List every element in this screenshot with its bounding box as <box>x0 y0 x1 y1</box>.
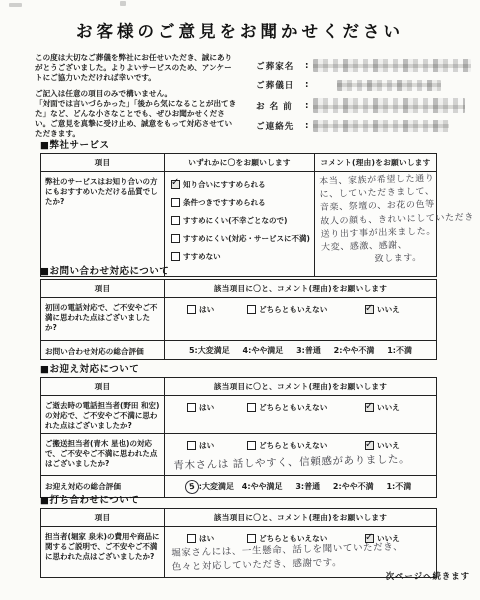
handwritten-comment: 本当、家族が希望した通り に、していただきまして、 音楽、祭壇の、お花の色等 故… <box>314 172 477 276</box>
pickup-table: 項目 該当項目に〇と、コメント(理由)をお願いします ご逝去時の電話担当者(野田… <box>40 377 437 498</box>
scale-item: :大変満足 <box>199 482 234 491</box>
options-cell: 知り合いにすすめられる 条件つきですすめられる すすめにくい(不幸ごとなので) … <box>164 172 314 276</box>
choice-label: どちらともいえない <box>259 402 327 413</box>
col-header-choice: いずれかに〇をお願いします <box>164 154 314 171</box>
intro-para-2a: ご記入は任意の項目のみで構いません。 <box>35 89 239 99</box>
section-heading: ■弊社サービス <box>40 137 437 151</box>
choice: はい <box>187 402 247 413</box>
question-text: 初回の電話対応で、ご不安やご不満に思われた点はございましたか? <box>41 298 164 340</box>
col-header-item: 項目 <box>41 509 164 526</box>
checkbox <box>365 305 374 314</box>
option-label: すすめない <box>183 252 221 261</box>
col-header-item: 項目 <box>41 154 164 171</box>
field-name: お 名 前 : <box>256 98 472 113</box>
choice-label: はい <box>199 402 214 413</box>
field-label: ご葬儀日 <box>256 79 302 91</box>
scale-item: 4:やや満足 <box>242 482 283 491</box>
choice: はい <box>187 304 247 315</box>
answer-cell: はい どちらともいえない いいえ 青木さんは 話しやすく、信頼感がありました。 <box>164 434 436 475</box>
redacted-value <box>313 59 471 72</box>
checkbox <box>171 180 180 189</box>
option-row: すすめにくい(対応・サービスに不満) <box>171 234 310 243</box>
field-colon: : <box>305 101 308 111</box>
col-header-item: 項目 <box>41 378 164 395</box>
field-colon: : <box>305 61 308 71</box>
option-row: 条件つきですすめられる <box>171 198 310 207</box>
answer-cell: はい どちらともいえない いいえ <box>164 396 436 433</box>
table-row: ご搬送担当者(青木 星也)の対応で、ご不安やご不満に思われた点はございましたか?… <box>41 433 436 475</box>
question-text: ご搬送担当者(青木 星也)の対応で、ご不安やご不満に思われた点はございましたか? <box>41 434 164 475</box>
scale-item: 2:やや不満 <box>333 482 374 491</box>
choice-label: いいえ <box>377 304 400 315</box>
section-pickup-response: ■お迎え対応について 項目 該当項目に〇と、コメント(理由)をお願いします ご逝… <box>40 361 437 498</box>
questionnaire-page: お客様のご意見をお聞かせください この度は大切なご葬儀を弊社にお任せいただき、誠… <box>0 0 480 600</box>
scale-item: 5:大変満足 <box>189 346 230 355</box>
page-title: お客様のご意見をお聞かせください <box>0 18 480 42</box>
scale-item: 2:やや不満 <box>334 346 375 355</box>
scale-item: 4:やや満足 <box>243 346 284 355</box>
table-header-row: 項目 該当項目に〇と、コメント(理由)をお願いします <box>41 509 436 526</box>
rating-scale: 5:大変満足 4:やや満足 3:普通 2:やや不満 1:不満 <box>164 341 436 359</box>
question-text: ご逝去時の電話担当者(野田 和宏)の対応で、ご不安やご不満に思われた点はございま… <box>41 396 164 433</box>
answer-cell: はい どちらともいえない いいえ <box>164 298 436 340</box>
field-colon: : <box>305 121 308 131</box>
checkbox <box>247 305 256 314</box>
choice: いいえ <box>365 304 400 315</box>
section-company-service: ■弊社サービス 項目 いずれかに〇をお願いします コメント(理由)をお願いします… <box>40 137 437 277</box>
option-label: すすめにくい(対応・サービスに不満) <box>183 234 310 243</box>
next-page-note: 次ページへ続きます <box>0 570 470 582</box>
question-text: 弊社のサービスはお知り合いの方にもおすすめいただける品質でしたか? <box>41 172 164 276</box>
option-row: 知り合いにすすめられる <box>171 180 310 189</box>
scale-item: 3:普通 <box>296 346 321 355</box>
intro-para-2b: 「対面では言いづらかった」「後から気になることが出てきた」など、どんな小さなこと… <box>35 99 239 138</box>
scan-artifact <box>120 1 126 6</box>
col-header-choice-comment: 該当項目に〇と、コメント(理由)をお願いします <box>164 509 436 526</box>
checkbox <box>187 305 196 314</box>
choice: どちらともいえない <box>247 304 365 315</box>
table-row: 初回の電話対応で、ご不安やご不満に思われた点はございましたか? はい どちらとも… <box>41 297 436 340</box>
option-label: 知り合いにすすめられる <box>183 180 266 189</box>
intro-text: この度は大切なご葬儀を弊社にお任せいただき、誠にありがとうございました。よりよい… <box>35 53 239 138</box>
checkbox <box>171 198 180 207</box>
table-header-row: 項目 いずれかに〇をお願いします コメント(理由)をお願いします <box>41 154 436 171</box>
choice-label: いいえ <box>377 402 400 413</box>
redacted-value <box>337 80 441 91</box>
checkbox <box>365 403 374 412</box>
table-row: ご逝去時の電話担当者(野田 和宏)の対応で、ご不安やご不満に思われた点はございま… <box>41 395 436 433</box>
col-header-choice-comment: 該当項目に〇と、コメント(理由)をお願いします <box>164 280 436 297</box>
col-header-choice-comment: 該当項目に〇と、コメント(理由)をお願いします <box>164 378 436 395</box>
scan-artifact <box>9 3 22 7</box>
table-header-row: 項目 該当項目に〇と、コメント(理由)をお願いします <box>41 280 436 297</box>
section-inquiry-response: ■お問い合わせ対応について 項目 該当項目に〇と、コメント(理由)をお願いします… <box>40 263 437 360</box>
redacted-value <box>313 98 465 113</box>
field-family-name: ご葬家名 : <box>256 59 472 72</box>
redacted-value <box>313 120 449 132</box>
checkbox <box>187 441 196 450</box>
customer-info-fields: ご葬家名 : ご葬儀日 : お 名 前 : ご連絡先 : <box>256 59 472 139</box>
table-header-row: 項目 該当項目に〇と、コメント(理由)をお願いします <box>41 378 436 395</box>
section-heading: ■お問い合わせ対応について <box>40 263 437 277</box>
section-heading: ■打ち合わせについて <box>40 492 437 506</box>
option-row: すすめない <box>171 252 310 261</box>
choice-label: はい <box>199 304 214 315</box>
choice: どちらともいえない <box>247 402 365 413</box>
checkbox <box>171 252 180 261</box>
checkbox <box>247 403 256 412</box>
checkbox <box>187 534 196 543</box>
field-label: ご葬家名 <box>256 60 302 72</box>
intro-para-1: この度は大切なご葬儀を弊社にお任せいただき、誠にありがとうございました。よりよい… <box>35 53 239 82</box>
scale-item: 1:不満 <box>386 482 411 491</box>
field-colon: : <box>305 80 308 90</box>
section-heading: ■お迎え対応について <box>40 361 437 375</box>
meeting-table: 項目 該当項目に〇と、コメント(理由)をお願いします 担当者(堀家 泉未)の費用… <box>40 508 437 578</box>
option-label: すすめにくい(不幸ごとなので) <box>183 216 287 225</box>
col-header-comment: コメント(理由)をお願いします <box>314 154 436 171</box>
checkbox <box>187 403 196 412</box>
field-label: お 名 前 <box>256 100 302 112</box>
field-label: ご連絡先 <box>256 120 302 132</box>
field-contact: ご連絡先 : <box>256 120 472 132</box>
field-funeral-date: ご葬儀日 : <box>256 79 472 91</box>
service-table: 項目 いずれかに〇をお願いします コメント(理由)をお願いします 弊社のサービス… <box>40 153 437 277</box>
scale-item: 3:普通 <box>295 482 320 491</box>
option-row: すすめにくい(不幸ごとなので) <box>171 216 310 225</box>
choices-row: はい どちらともいえない いいえ <box>169 398 432 413</box>
choices-row: はい どちらともいえない いいえ <box>169 300 432 315</box>
checkbox <box>171 234 180 243</box>
choice: いいえ <box>365 402 400 413</box>
col-header-item: 項目 <box>41 280 164 297</box>
rating-label: お問い合わせ対応の総合評価 <box>41 341 164 359</box>
inquiry-table: 項目 該当項目に〇と、コメント(理由)をお願いします 初回の電話対応で、ご不安や… <box>40 279 437 360</box>
rating-row: お問い合わせ対応の総合評価 5:大変満足 4:やや満足 3:普通 2:やや不満 … <box>41 340 436 359</box>
checkbox <box>171 216 180 225</box>
table-row: 弊社のサービスはお知り合いの方にもおすすめいただける品質でしたか? 知り合いにす… <box>41 171 436 276</box>
scale-item: 1:不満 <box>387 346 412 355</box>
option-label: 条件つきですすめられる <box>183 198 266 207</box>
section-meeting: ■打ち合わせについて 項目 該当項目に〇と、コメント(理由)をお願いします 担当… <box>40 492 437 578</box>
choice-label: どちらともいえない <box>259 304 327 315</box>
